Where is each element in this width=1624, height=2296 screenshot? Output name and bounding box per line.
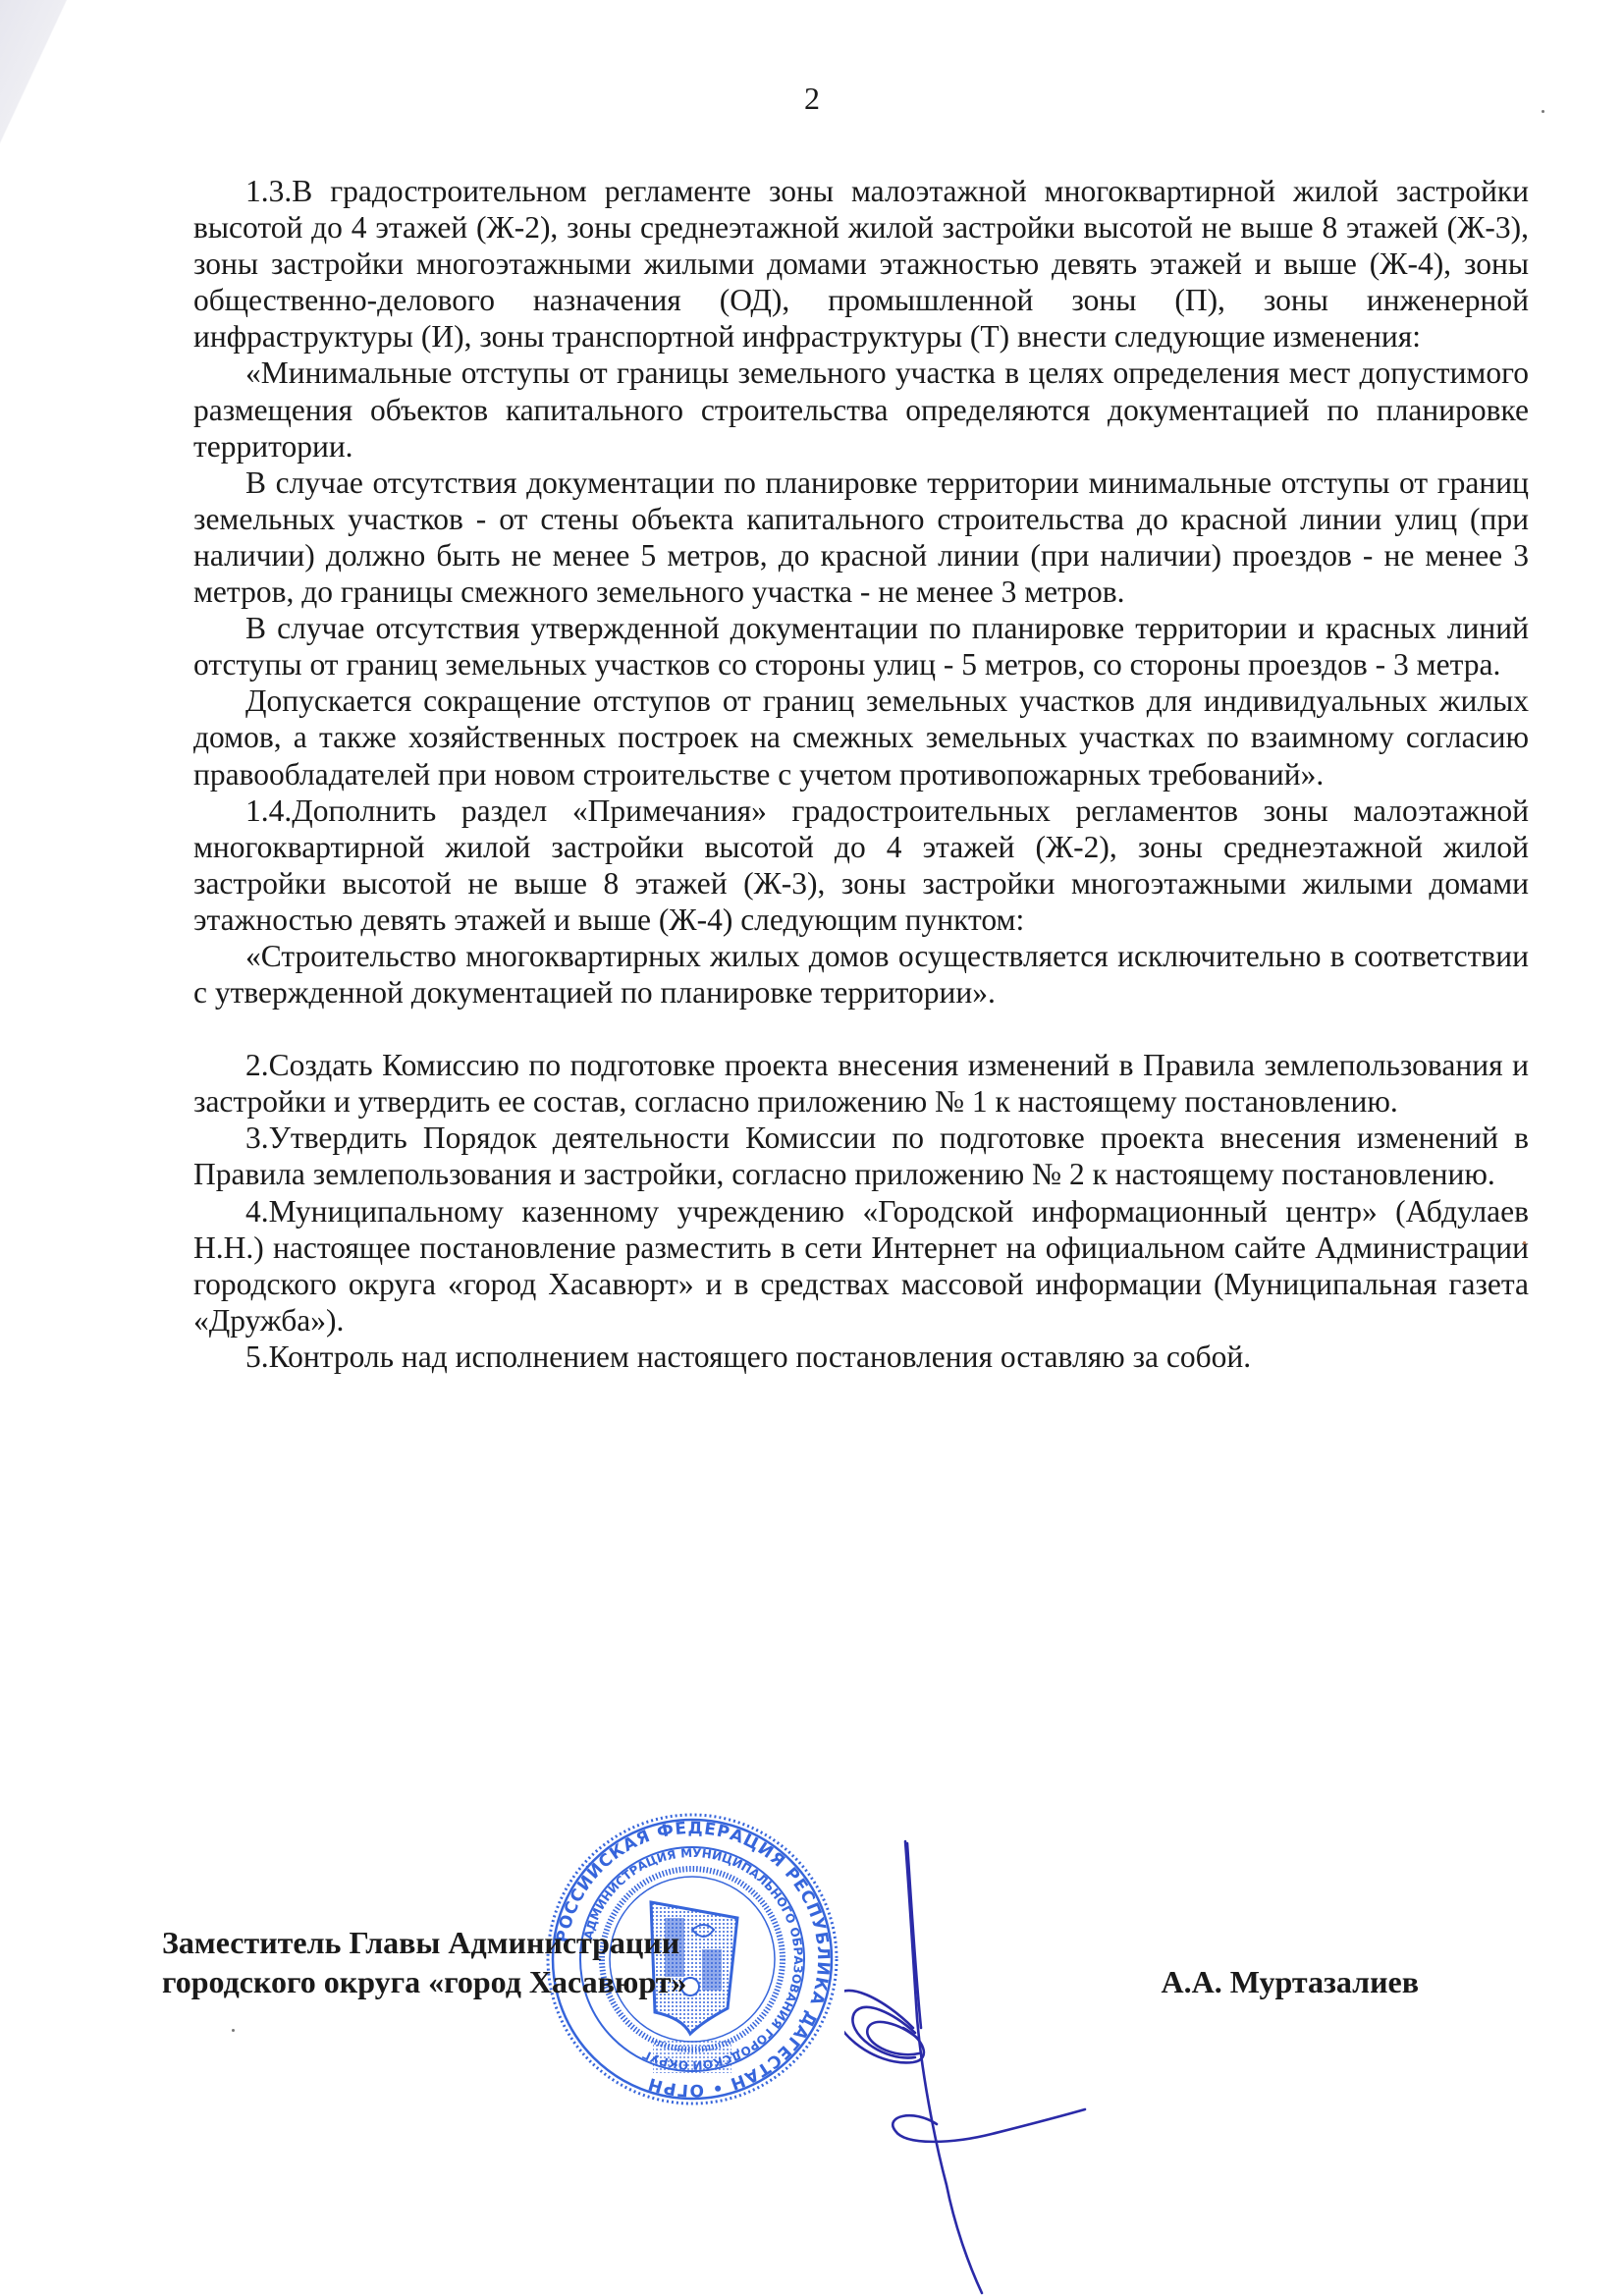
paragraph-2-commission: 2.Создать Комиссию по подготовке проекта… — [193, 1047, 1529, 1120]
paragraph-min-setbacks: «Минимальные отступы от границы земельно… — [193, 355, 1529, 464]
scan-speck — [1523, 1241, 1526, 1244]
paragraph-3-procedure: 3.Утвердить Порядок деятельности Комисси… — [193, 1120, 1529, 1192]
signatory-organization: городского округа «город Хасавюрт» — [162, 1962, 686, 2001]
paragraph-no-documentation: В случае отсутствия документации по план… — [193, 465, 1529, 610]
paragraph-construction-note: «Строительство многоквартирных жилых дом… — [193, 938, 1529, 1011]
scan-speck — [232, 2029, 235, 2032]
signature-block: Заместитель Главы Администрации городско… — [162, 1923, 1419, 2001]
paragraph-5-control: 5.Контроль над исполнением настоящего по… — [193, 1339, 1529, 1375]
paragraph-4-publication: 4.Муниципальному казенному учреждению «Г… — [193, 1193, 1529, 1339]
signatory-title: Заместитель Главы Администрации — [162, 1923, 679, 1962]
paragraph-1-3: 1.3.В градостроительном регламенте зоны … — [193, 173, 1529, 355]
document-body: 1.3.В градостроительном регламенте зоны … — [193, 173, 1529, 1375]
scan-speck — [1542, 110, 1544, 113]
paragraph-1-4: 1.4.Дополнить раздел «Примечания» градос… — [193, 793, 1529, 938]
page-number: 2 — [0, 81, 1624, 117]
signature-title-line-2: городского округа «город Хасавюрт» А.А. … — [162, 1962, 1419, 2001]
signatory-name: А.А. Муртазалиев — [1162, 1962, 1420, 2001]
handwritten-signature — [844, 1831, 1257, 2296]
paragraph-setback-reduction: Допускается сокращение отступов от грани… — [193, 683, 1529, 792]
signature-title-line-1: Заместитель Главы Администрации — [162, 1923, 1419, 1962]
paragraph-no-approved-documentation: В случае отсутствия утвержденной докумен… — [193, 610, 1529, 683]
